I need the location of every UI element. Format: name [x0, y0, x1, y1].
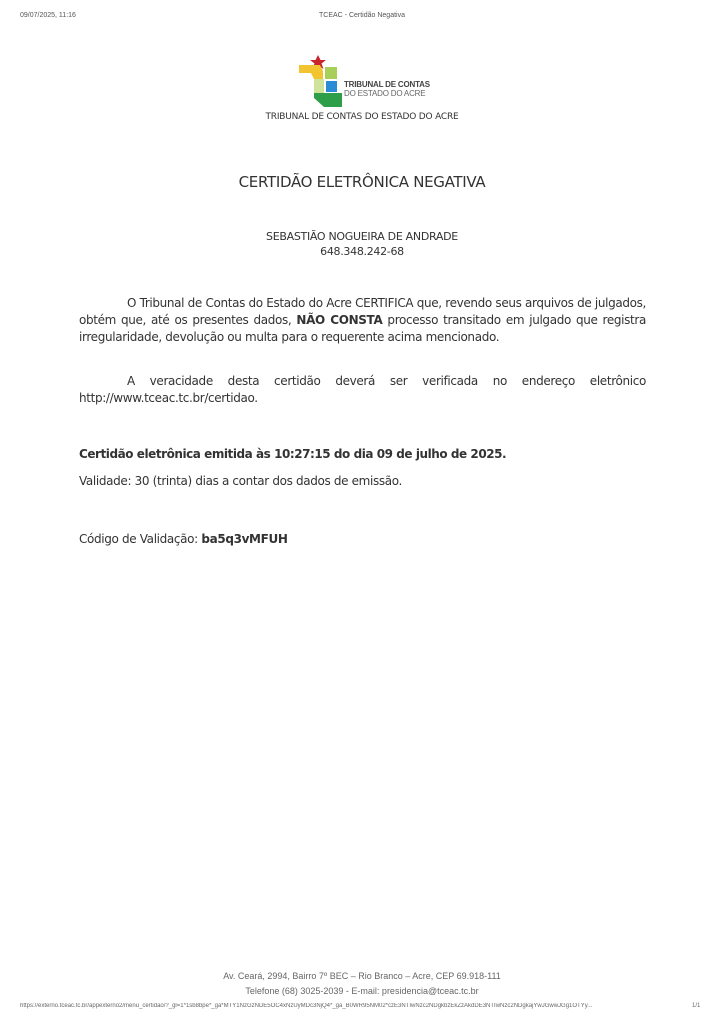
- validation-code-line: Código de Validação: ba5q3vMFUH: [79, 532, 288, 546]
- validation-label: Código de Validação:: [79, 532, 201, 546]
- nao-consta: NÃO CONSTA: [296, 313, 382, 327]
- validation-code: ba5q3vMFUH: [201, 532, 287, 546]
- logo-text: TRIBUNAL DE CONTAS DO ESTADO DO ACRE: [344, 80, 430, 98]
- subject-name: SEBASTIÃO NOGUEIRA DE ANDRADE: [0, 229, 724, 244]
- verification-paragraph: A veracidade desta certidão deverá ser v…: [79, 373, 646, 407]
- subject-cpf: 648.348.242-68: [0, 244, 724, 259]
- org-name: TRIBUNAL DE CONTAS DO ESTADO DO ACRE: [0, 112, 724, 122]
- logo-line1: TRIBUNAL DE CONTAS: [344, 80, 430, 89]
- document-title: CERTIDÃO ELETRÔNICA NEGATIVA: [0, 173, 724, 191]
- page-number: 1/1: [692, 1003, 700, 1009]
- validity-statement: Validade: 30 (trinta) dias a contar dos …: [79, 474, 402, 488]
- tce-logo-icon: [296, 53, 346, 111]
- footer-contact: Telefone (68) 3025-2039 - E-mail: presid…: [0, 984, 724, 999]
- certification-paragraph: O Tribunal de Contas do Estado do Acre C…: [79, 295, 646, 346]
- footer: Av. Ceará, 2994, Bairro 7º BEC – Rio Bra…: [0, 969, 724, 999]
- print-page-title: TCEAC - Certidão Negativa: [0, 12, 724, 19]
- logo-line2: DO ESTADO DO ACRE: [344, 89, 430, 98]
- print-url: https://externo.tceac.tc.br/appexterno2/…: [20, 1003, 670, 1009]
- emission-statement: Certidão eletrônica emitida às 10:27:15 …: [79, 447, 506, 461]
- footer-address: Av. Ceará, 2994, Bairro 7º BEC – Rio Bra…: [0, 969, 724, 984]
- subject-block: SEBASTIÃO NOGUEIRA DE ANDRADE 648.348.24…: [0, 229, 724, 259]
